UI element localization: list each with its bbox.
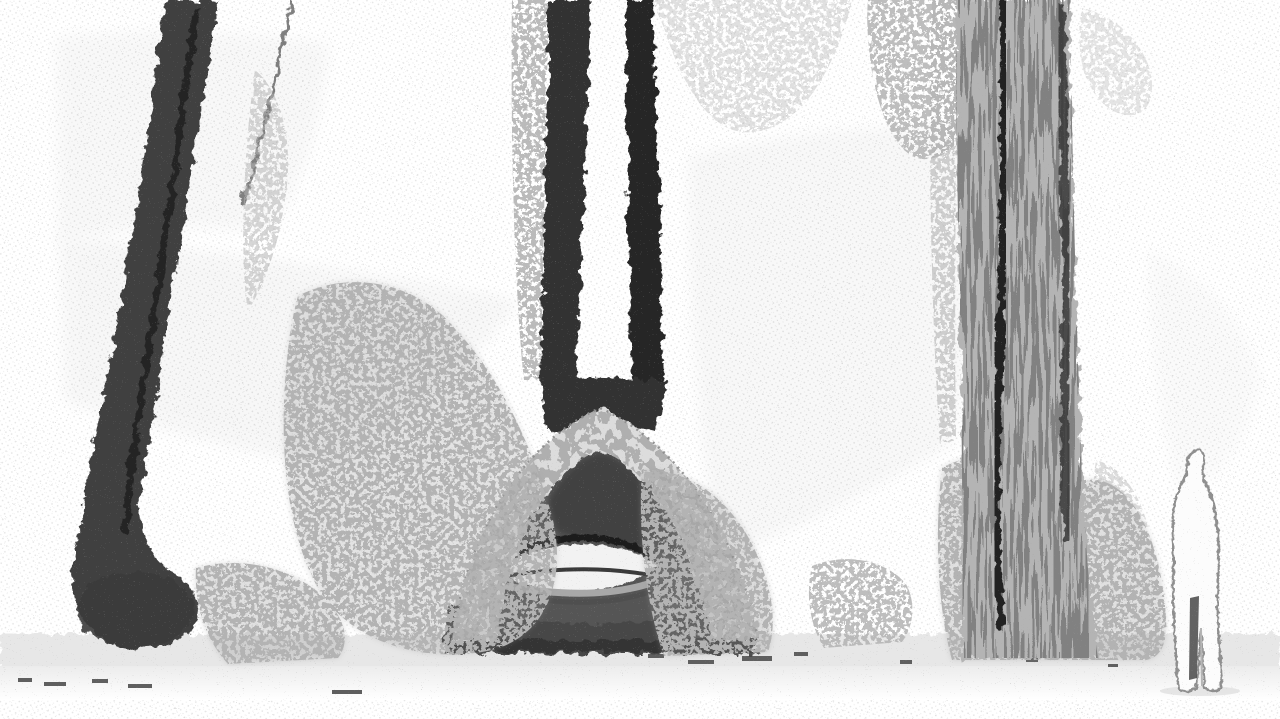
halftone-illustration: black-and-white halftone illustration — [0, 0, 1280, 719]
screenshot-root: black-and-white halftone illustration — [0, 0, 1280, 719]
illustration-canvas: black-and-white halftone illustration — [0, 0, 1280, 719]
film-grain-overlay — [0, 0, 1280, 719]
